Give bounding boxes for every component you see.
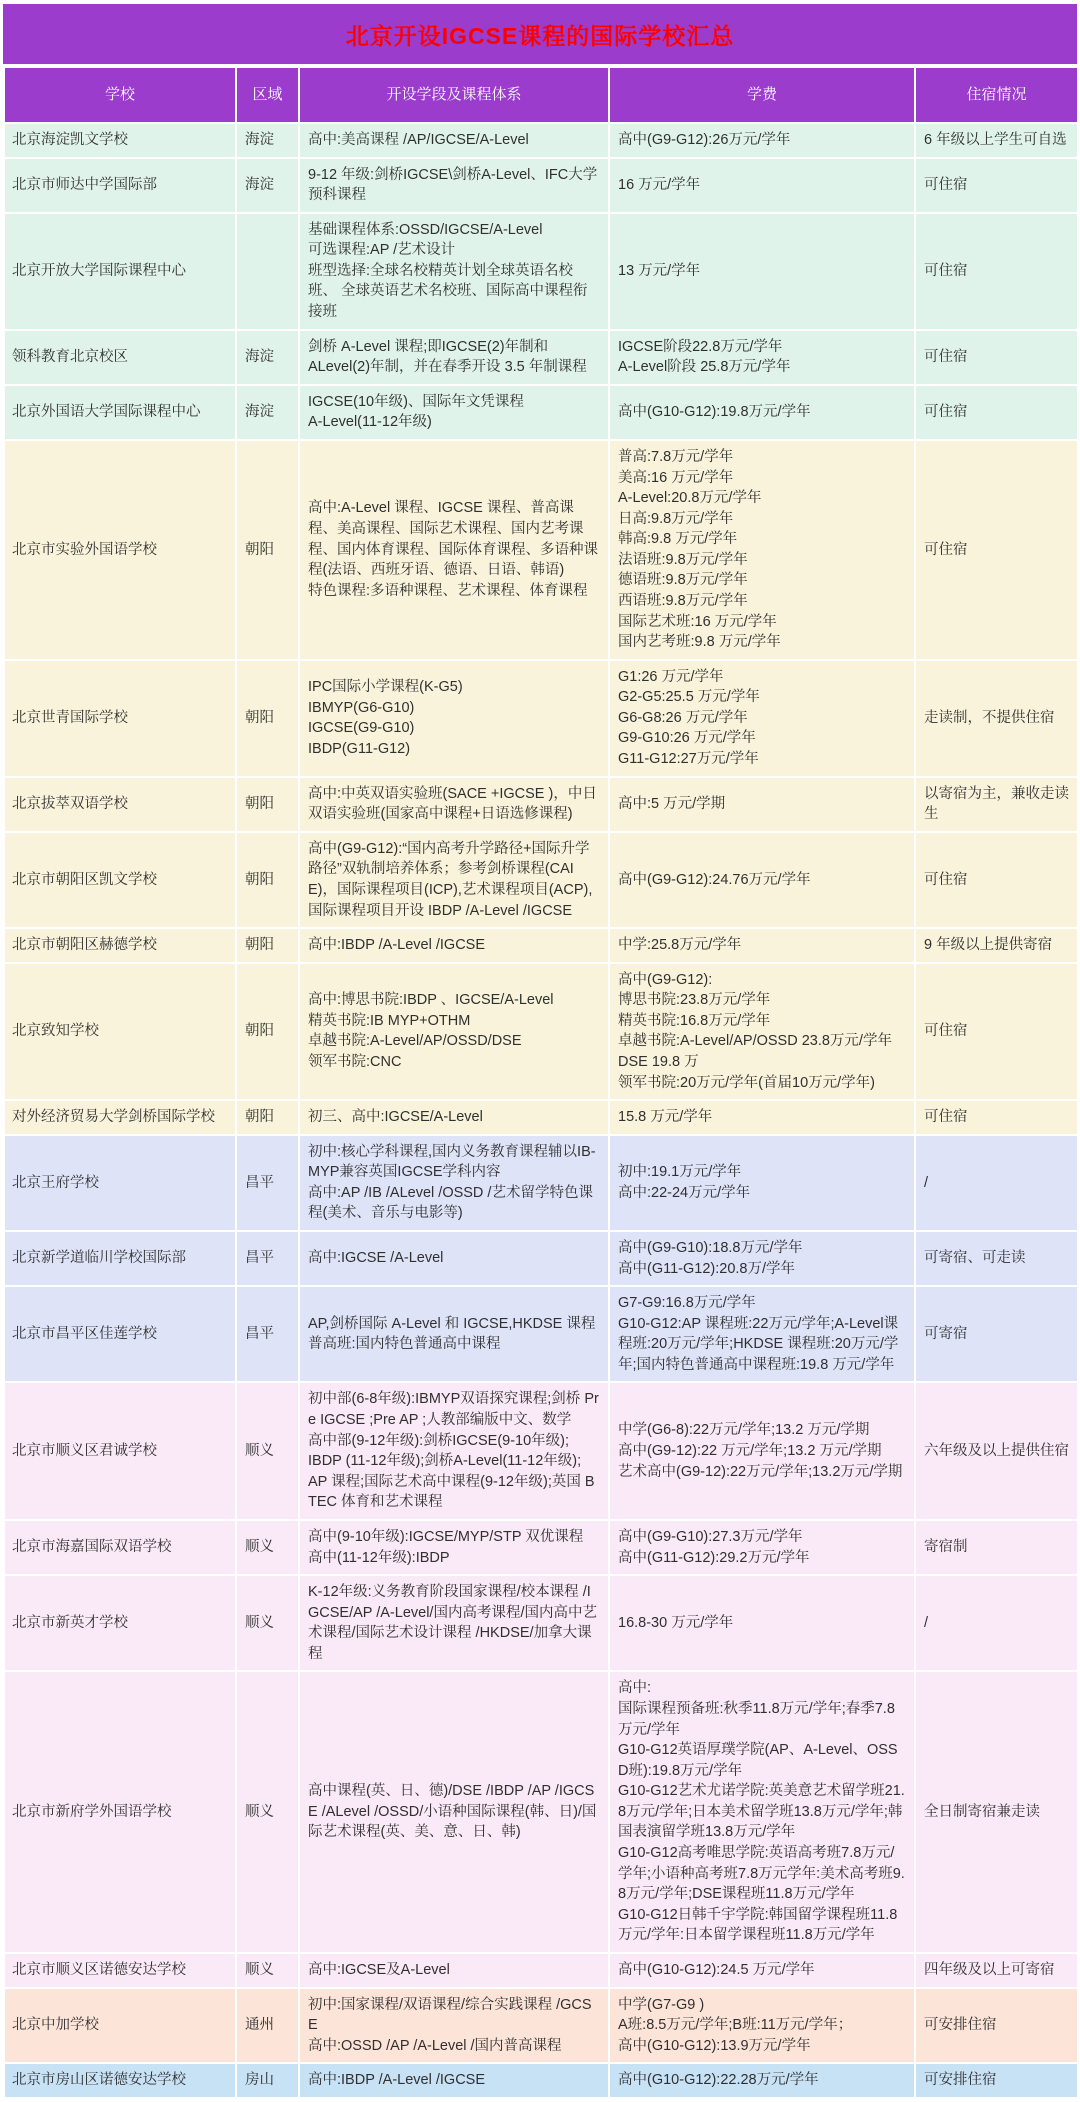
column-header-programs: 开设学段及课程体系	[299, 67, 609, 123]
table-row: 北京市新府学外国语学校 顺义 高中课程(英、日、德)/DSE /IBDP /AP…	[4, 1671, 1078, 1953]
region-cell: 朝阳	[236, 963, 299, 1100]
region-cell: 海淀	[236, 330, 299, 385]
table-row: 北京王府学校 昌平 初中:核心学科课程,国内义务教育课程辅以IB-MYP兼容英国…	[4, 1135, 1078, 1231]
programs-cell: 初中:核心学科课程,国内义务教育课程辅以IB-MYP兼容英国IGCSE学科内容 …	[299, 1135, 609, 1231]
boarding-cell: 可安排住宿	[915, 2063, 1078, 2098]
table-row: 北京世青国际学校 朝阳 IPC国际小学课程(K-G5) IBMYP(G6-G10…	[4, 660, 1078, 777]
table-row: 北京市海嘉国际双语学校 顺义 高中(9-10年级):IGCSE/MYP/STP …	[4, 1520, 1078, 1575]
programs-cell: 高中(G9-G12):“国内高考升学路径+国际升学路径”双轨制培养体系；参考剑桥…	[299, 832, 609, 928]
programs-cell: IGCSE(10年级)、国际年文凭课程 A-Level(11-12年级)	[299, 385, 609, 440]
region-cell: 朝阳	[236, 440, 299, 660]
table-row: 北京市朝阳区赫德学校 朝阳 高中:IBDP /A-Level /IGCSE 中学…	[4, 928, 1078, 963]
tuition-cell: 高中(G10-G12):19.8万元/学年	[609, 385, 915, 440]
tuition-cell: G1:26 万元/学年 G2-G5:25.5 万元/学年 G6-G8:26 万元…	[609, 660, 915, 777]
table-row: 北京致知学校 朝阳 高中:博思书院:IBDP 、IGCSE/A-Level 精英…	[4, 963, 1078, 1100]
school-cell: 北京市新英才学校	[4, 1575, 236, 1671]
tuition-cell: 中学(G7-G9 ) A班:8.5万元/学年;B班:11万元/学年； 高中(G1…	[609, 1988, 915, 2064]
column-header-boarding: 住宿情况	[915, 67, 1078, 123]
boarding-cell: 寄宿制	[915, 1520, 1078, 1575]
boarding-cell: 六年级及以上提供住宿	[915, 1382, 1078, 1519]
school-cell: 北京市昌平区佳莲学校	[4, 1286, 236, 1382]
region-cell: 海淀	[236, 385, 299, 440]
table-row: 北京海淀凯文学校 海淀 高中:美高课程 /AP/IGCSE/A-Level 高中…	[4, 123, 1078, 158]
table-row: 北京市实验外国语学校 朝阳 高中:A-Level 课程、IGCSE 课程、普高课…	[4, 440, 1078, 660]
programs-cell: 高中:IBDP /A-Level /IGCSE	[299, 2063, 609, 2098]
column-header-region: 区域	[236, 67, 299, 123]
school-cell: 北京市顺义区君诚学校	[4, 1382, 236, 1519]
programs-cell: 高中:A-Level 课程、IGCSE 课程、普高课程、美高课程、国际艺术课程、…	[299, 440, 609, 660]
table-row: 北京市房山区诺德安达学校 房山 高中:IBDP /A-Level /IGCSE …	[4, 2063, 1078, 2098]
region-cell: 朝阳	[236, 1100, 299, 1135]
table-row: 北京市师达中学国际部 海淀 9-12 年级:剑桥IGCSE\剑桥A-Level、…	[4, 158, 1078, 213]
school-cell: 北京开放大学国际课程中心	[4, 213, 236, 330]
programs-cell: 高中(9-10年级):IGCSE/MYP/STP 双优课程 高中(11-12年级…	[299, 1520, 609, 1575]
region-cell	[236, 213, 299, 330]
region-cell: 海淀	[236, 123, 299, 158]
school-cell: 北京海淀凯文学校	[4, 123, 236, 158]
column-header-school: 学校	[4, 67, 236, 123]
tuition-cell: 高中(G10-G12):24.5 万元/学年	[609, 1953, 915, 1988]
region-cell: 房山	[236, 2063, 299, 2098]
boarding-cell: /	[915, 1135, 1078, 1231]
programs-cell: 9-12 年级:剑桥IGCSE\剑桥A-Level、IFC大学预科课程	[299, 158, 609, 213]
boarding-cell: 可住宿	[915, 213, 1078, 330]
programs-cell: 高中:中英双语实验班(SACE +IGCSE )，中日双语实验班(国家高中课程+…	[299, 777, 609, 832]
boarding-cell: 以寄宿为主，兼收走读生	[915, 777, 1078, 832]
school-cell: 北京致知学校	[4, 963, 236, 1100]
header-row: 学校 区域 开设学段及课程体系 学费 住宿情况	[4, 67, 1078, 123]
region-cell: 顺义	[236, 1671, 299, 1953]
school-cell: 北京市朝阳区凯文学校	[4, 832, 236, 928]
tuition-cell: 15.8 万元/学年	[609, 1100, 915, 1135]
programs-cell: 初三、高中:IGCSE/A-Level	[299, 1100, 609, 1135]
table-row: 北京市新英才学校 顺义 K-12年级:义务教育阶段国家课程/校本课程 /IGCS…	[4, 1575, 1078, 1671]
boarding-cell: 全日制寄宿兼走读	[915, 1671, 1078, 1953]
school-cell: 北京王府学校	[4, 1135, 236, 1231]
boarding-cell: 可住宿	[915, 1100, 1078, 1135]
boarding-cell: 6 年级以上学生可自选	[915, 123, 1078, 158]
title-bar: 北京开设IGCSE课程的国际学校汇总	[3, 4, 1077, 66]
region-cell: 顺义	[236, 1575, 299, 1671]
table-row: 对外经济贸易大学剑桥国际学校 朝阳 初三、高中:IGCSE/A-Level 15…	[4, 1100, 1078, 1135]
boarding-cell: 可住宿	[915, 832, 1078, 928]
tuition-cell: 高中(G10-G12):22.28万元/学年	[609, 2063, 915, 2098]
table-header: 学校 区域 开设学段及课程体系 学费 住宿情况	[4, 67, 1078, 123]
tuition-cell: G7-G9:16.8万元/学年 G10-G12:AP 课程班:22万元/学年;A…	[609, 1286, 915, 1382]
region-cell: 顺义	[236, 1520, 299, 1575]
school-cell: 北京中加学校	[4, 1988, 236, 2064]
tuition-cell: 13 万元/学年	[609, 213, 915, 330]
table-row: 北京市顺义区君诚学校 顺义 初中部(6-8年级):IBMYP双语探究课程;剑桥 …	[4, 1382, 1078, 1519]
tuition-cell: 高中(G9-G12):26万元/学年	[609, 123, 915, 158]
region-cell: 海淀	[236, 158, 299, 213]
school-cell: 对外经济贸易大学剑桥国际学校	[4, 1100, 236, 1135]
page: 北京开设IGCSE课程的国际学校汇总 学校 区域 开设学段及课程体系 学费 住宿…	[0, 0, 1080, 2102]
programs-cell: 高中课程(英、日、德)/DSE /IBDP /AP /IGCSE /ALevel…	[299, 1671, 609, 1953]
tuition-cell: 16 万元/学年	[609, 158, 915, 213]
tuition-cell: 中学:25.8万元/学年	[609, 928, 915, 963]
school-cell: 北京世青国际学校	[4, 660, 236, 777]
programs-cell: IPC国际小学课程(K-G5) IBMYP(G6-G10) IGCSE(G9-G…	[299, 660, 609, 777]
region-cell: 昌平	[236, 1231, 299, 1286]
school-cell: 北京市顺义区诺德安达学校	[4, 1953, 236, 1988]
boarding-cell: 四年级及以上可寄宿	[915, 1953, 1078, 1988]
boarding-cell: 可住宿	[915, 385, 1078, 440]
school-cell: 北京外国语大学国际课程中心	[4, 385, 236, 440]
tuition-cell: 中学(G6-8):22万元/学年;13.2 万元/学期 高中(G9-12):22…	[609, 1382, 915, 1519]
boarding-cell: 走读制，不提供住宿	[915, 660, 1078, 777]
boarding-cell: 可住宿	[915, 330, 1078, 385]
region-cell: 朝阳	[236, 832, 299, 928]
programs-cell: 基础课程体系:OSSD/IGCSE/A-Level 可选课程:AP /艺术设计 …	[299, 213, 609, 330]
boarding-cell: 可住宿	[915, 158, 1078, 213]
tuition-cell: 高中(G9-G10):18.8万元/学年 高中(G11-G12):20.8万/学…	[609, 1231, 915, 1286]
programs-cell: 高中:美高课程 /AP/IGCSE/A-Level	[299, 123, 609, 158]
boarding-cell: 可住宿	[915, 440, 1078, 660]
region-cell: 顺义	[236, 1382, 299, 1519]
programs-cell: AP,剑桥国际 A-Level 和 IGCSE,HKDSE 课程 普高班:国内特…	[299, 1286, 609, 1382]
boarding-cell: 可安排住宿	[915, 1988, 1078, 2064]
region-cell: 顺义	[236, 1953, 299, 1988]
tuition-cell: 高中: 国际课程预备班:秋季11.8万元/学年;春季7.8万元/学年 G10-G…	[609, 1671, 915, 1953]
table-row: 北京新学道临川学校国际部 昌平 高中:IGCSE /A-Level 高中(G9-…	[4, 1231, 1078, 1286]
schools-table: 学校 区域 开设学段及课程体系 学费 住宿情况 北京海淀凯文学校 海淀 高中:美…	[3, 66, 1079, 2099]
tuition-cell: 普高:7.8万元/学年 美高:16 万元/学年 A-Level:20.8万元/学…	[609, 440, 915, 660]
school-cell: 领科教育北京校区	[4, 330, 236, 385]
programs-cell: 高中:IGCSE /A-Level	[299, 1231, 609, 1286]
table-row: 北京市顺义区诺德安达学校 顺义 高中:IGCSE及A-Level 高中(G10-…	[4, 1953, 1078, 1988]
boarding-cell: 9 年级以上提供寄宿	[915, 928, 1078, 963]
programs-cell: 高中:IBDP /A-Level /IGCSE	[299, 928, 609, 963]
school-cell: 北京市房山区诺德安达学校	[4, 2063, 236, 2098]
tuition-cell: 高中(G9-G10):27.3万元/学年 高中(G11-G12):29.2万元/…	[609, 1520, 915, 1575]
region-cell: 昌平	[236, 1286, 299, 1382]
boarding-cell: 可寄宿、可走读	[915, 1231, 1078, 1286]
table-row: 领科教育北京校区 海淀 剑桥 A-Level 课程;即IGCSE(2)年制和 A…	[4, 330, 1078, 385]
programs-cell: 高中:IGCSE及A-Level	[299, 1953, 609, 1988]
region-cell: 昌平	[236, 1135, 299, 1231]
school-cell: 北京市实验外国语学校	[4, 440, 236, 660]
tuition-cell: 16.8-30 万元/学年	[609, 1575, 915, 1671]
programs-cell: 初中:国家课程/双语课程/综合实践课程 /GCSE 高中:OSSD /AP /A…	[299, 1988, 609, 2064]
school-cell: 北京新学道临川学校国际部	[4, 1231, 236, 1286]
table-row: 北京市昌平区佳莲学校 昌平 AP,剑桥国际 A-Level 和 IGCSE,HK…	[4, 1286, 1078, 1382]
table-row: 北京市朝阳区凯文学校 朝阳 高中(G9-G12):“国内高考升学路径+国际升学路…	[4, 832, 1078, 928]
school-cell: 北京市新府学外国语学校	[4, 1671, 236, 1953]
table-row: 北京中加学校 通州 初中:国家课程/双语课程/综合实践课程 /GCSE 高中:O…	[4, 1988, 1078, 2064]
region-cell: 通州	[236, 1988, 299, 2064]
school-cell: 北京市朝阳区赫德学校	[4, 928, 236, 963]
programs-cell: 高中:博思书院:IBDP 、IGCSE/A-Level 精英书院:IB MYP+…	[299, 963, 609, 1100]
region-cell: 朝阳	[236, 777, 299, 832]
programs-cell: 初中部(6-8年级):IBMYP双语探究课程;剑桥 Pre IGCSE ;Pre…	[299, 1382, 609, 1519]
tuition-cell: IGCSE阶段22.8万元/学年 A-Level阶段 25.8万元/学年	[609, 330, 915, 385]
programs-cell: 剑桥 A-Level 课程;即IGCSE(2)年制和 ALevel(2)年制，并…	[299, 330, 609, 385]
school-cell: 北京市师达中学国际部	[4, 158, 236, 213]
tuition-cell: 高中(G9-G12):24.76万元/学年	[609, 832, 915, 928]
tuition-cell: 高中:5 万元/学期	[609, 777, 915, 832]
table-row: 北京外国语大学国际课程中心 海淀 IGCSE(10年级)、国际年文凭课程 A-L…	[4, 385, 1078, 440]
boarding-cell: 可住宿	[915, 963, 1078, 1100]
page-title: 北京开设IGCSE课程的国际学校汇总	[346, 18, 735, 51]
region-cell: 朝阳	[236, 928, 299, 963]
school-cell: 北京拔萃双语学校	[4, 777, 236, 832]
boarding-cell: /	[915, 1575, 1078, 1671]
table-body: 北京海淀凯文学校 海淀 高中:美高课程 /AP/IGCSE/A-Level 高中…	[4, 123, 1078, 2098]
school-cell: 北京市海嘉国际双语学校	[4, 1520, 236, 1575]
table-row: 北京开放大学国际课程中心 基础课程体系:OSSD/IGCSE/A-Level 可…	[4, 213, 1078, 330]
table-row: 北京拔萃双语学校 朝阳 高中:中英双语实验班(SACE +IGCSE )，中日双…	[4, 777, 1078, 832]
tuition-cell: 初中:19.1万元/学年 高中:22-24万元/学年	[609, 1135, 915, 1231]
boarding-cell: 可寄宿	[915, 1286, 1078, 1382]
column-header-tuition: 学费	[609, 67, 915, 123]
region-cell: 朝阳	[236, 660, 299, 777]
programs-cell: K-12年级:义务教育阶段国家课程/校本课程 /IGCSE/AP /A-Leve…	[299, 1575, 609, 1671]
tuition-cell: 高中(G9-G12): 博思书院:23.8万元/学年 精英书院:16.8万元/学…	[609, 963, 915, 1100]
